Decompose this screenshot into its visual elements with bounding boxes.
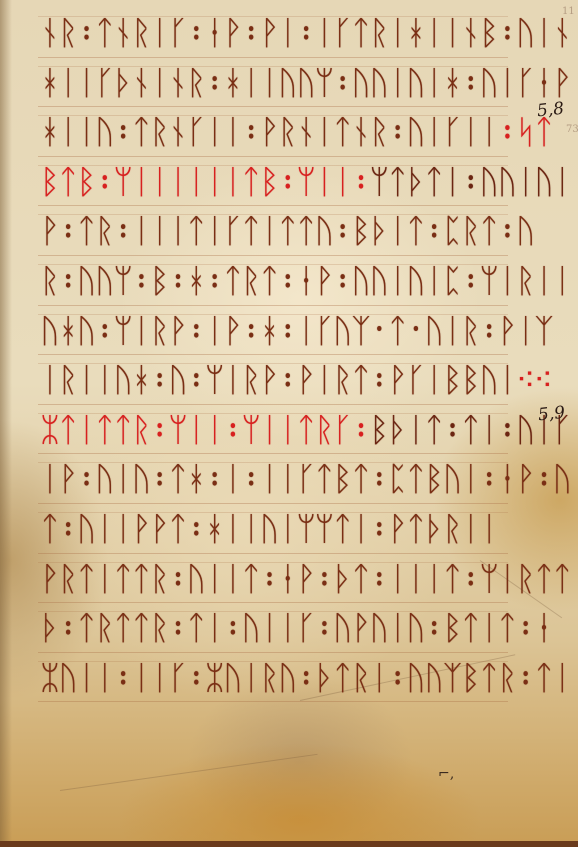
rune-text: ᛯᛏᛁᛏᛏᚱ᛬ᛘᛁᛁ᛬ᛘᛁᛁᛏᚱᚴ᛬ᛒᚦᛁᛏ᛬ᛏᛁ᛬ᚢᛁᚴ	[40, 412, 571, 448]
rune-text: ᚼᛁᛁᚢ᛬ᛏᚱᚾᚴᛁᛁ᛬ᚹᚱᚾᛁᛏᚾᚱ᛬ᚢᛁᚴᛁᛁ᛬ᛋᛏ	[40, 114, 552, 150]
manuscript-line-14: ᛯᚢᛁᛁ᛬ᛁᛁᚴ᛬ᛯᚢᛁᚱᚢ᛬ᚦᛏᚱᛁ᛬ᚢᚢᛉᛒᛏᚱ᛬ᛏᛁ	[38, 653, 508, 703]
manuscript-line-11: ᛏ᛬ᚢᛁᛁᚹᚹᛏ᛬ᚼᛁᛁᚢᛁᛘᛘᛏᛁ᛬ᚹᛏᚦᚱᛁᛁ	[38, 504, 508, 554]
rune-text: ᚢᚼᚢ᛬ᛘᛁᚱᚹ᛬ᛁᚹ᛬ᚼ᛬ᛁᚴᚢᛉ᛫ᛏ᛫ᚢᛁᚱ᛬ᚹᛁᛉ	[40, 313, 552, 349]
rune-text: ᚹ᛬ᛏᚱ᛬ᛁᛁᛁᛏᛁᚴᛏᛁᛏᛏᚢ᛬ᛒᚦᛁᛏ᛬ᛈᚱᛏ᛬ᚢ	[40, 213, 534, 249]
manuscript-line-3: ᚼᛁᛁᚢ᛬ᛏᚱᚾᚴᛁᛁ᛬ᚹᚱᚾᛁᛏᚾᚱ᛬ᚢᛁᚴᛁᛁ᛬ᛋᛏ	[38, 107, 508, 157]
rune-text: ᚱ᛬ᚢᚢᛘ᛬ᛒ᛬ᚼ᛬ᛏᚱᛏ᛬ᚽᚹ᛬ᚢᚢᛁᚢᛁᛈ᛬ᛘᛁᚱᛁᛁ	[40, 263, 571, 299]
parchment-crease	[60, 754, 318, 791]
faint-corner-note: 11	[562, 6, 575, 17]
manuscript-line-4: ᛒᛏᛒ᛬ᛘᛁᛁᛁᛁᛁᛁᛏᛒ᛬ᛘᛁᛁ᛬ᛘᛏᚦᛏᛁ᛬ᚢᚢᛁᚢᛁ	[38, 157, 508, 207]
rune-text: ᚹᚱᛏᛁᛏᛏᚱ᛬ᚢᛁᛁᛏ᛬ᚽᚹ᛬ᚦᛏ᛬ᛁᛁᛁᛏ᛬ᛘᛁᚱᛏᛏ	[40, 561, 571, 597]
faint-margin-note: 73	[566, 124, 578, 135]
folio-number-58: 5,8	[536, 99, 565, 122]
rubric-dots: ⁖⁖	[516, 360, 552, 399]
rune-text: ᛁᚹ᛬ᚢᛁᚢ᛬ᛏᚼ᛬ᛁ᛬ᛁᛁᚴᛏᛒᛏ᛬ᛈᛏᛒᚢᛁ᛬ᚽᚹ᛬ᚢᛁ	[40, 461, 578, 497]
rune-text: ᚦ᛬ᛏᚱᛏᛏᚱ᛬ᛏᛁ᛬ᚢᛁᛁᚴ᛬ᚢᚹᚢᛁᚢ᛬ᛒᛏᛁᛏ᛬ᚽ	[40, 610, 552, 646]
runic-text-block: ᚾᚱ᛬ᛏᚾᚱᛁᚴ᛬ᚽᚹ᛬ᚹᛁ᛬ᛁᚴᛏᚱᛁᚼᛁᛁᚾᛒ᛬ᚢᛁᚾᛁ ᚼᛁᛁᚴᚦᚾᛁᚾᚱ…	[38, 8, 508, 702]
rune-text: ᚼᛁᛁᚴᚦᚾᛁᚾᚱ᛬ᚼᛁᛁᚢᚢᛘ᛬ᚢᚢᛁᚢᛁᚼ᛬ᚢᛁᚴᚽᚹ	[40, 65, 571, 101]
rune-text: ᛏ᛬ᚢᛁᛁᚹᚹᛏ᛬ᚼᛁᛁᚢᛁᛘᛘᛏᛁ᛬ᚹᛏᚦᚱᛁᛁ	[40, 511, 498, 547]
manuscript-line-12: ᚹᚱᛏᛁᛏᛏᚱ᛬ᚢᛁᛁᛏ᛬ᚽᚹ᛬ᚦᛏ᛬ᛁᛁᛁᛏ᛬ᛘᛁᚱᛏᛏ	[38, 554, 508, 604]
manuscript-line-13: ᚦ᛬ᛏᚱᛏᛏᚱ᛬ᛏᛁ᛬ᚢᛁᛁᚴ᛬ᚢᚹᚢᛁᚢ᛬ᛒᛏᛁᛏ᛬ᚽ	[38, 603, 508, 653]
rune-text: ᛒᛏᛒ᛬ᛘᛁᛁᛁᛁᛁᛁᛏᛒ᛬ᛘᛁᛁ᛬ᛘᛏᚦᛏᛁ᛬ᚢᚢᛁᚢᛁ	[40, 164, 571, 200]
folio-number-59: 5,9	[537, 403, 566, 426]
manuscript-line-8: ᛁᚱᛁᛁᚢᚼ᛬ᚢ᛬ᛘᛁᚱᚹ᛬ᚹᛁᚱᛏ᛬ᚹᚴᛁᛒᛒᚢᛁ⁖⁖	[38, 355, 508, 405]
manuscript-line-5: ᚹ᛬ᛏᚱ᛬ᛁᛁᛁᛏᛁᚴᛏᛁᛏᛏᚢ᛬ᛒᚦᛁᛏ᛬ᛈᚱᛏ᛬ᚢ	[38, 206, 508, 256]
manuscript-line-9: ᛯᛏᛁᛏᛏᚱ᛬ᛘᛁᛁ᛬ᛘᛁᛁᛏᚱᚴ᛬ᛒᚦᛁᛏ᛬ᛏᛁ᛬ᚢᛁᚴ	[38, 405, 508, 455]
manuscript-line-10: ᛁᚹ᛬ᚢᛁᚢ᛬ᛏᚼ᛬ᛁ᛬ᛁᛁᚴᛏᛒᛏ᛬ᛈᛏᛒᚢᛁ᛬ᚽᚹ᛬ᚢᛁ	[38, 454, 508, 504]
page-left-edge	[0, 0, 12, 847]
rubric-text: ᛒᛏᛒ᛬ᛘᛁᛁᛁᛁᛁᛁᛏᛒ᛬ᛘᛁᛁ᛬	[40, 162, 369, 201]
page-bottom-edge	[0, 841, 578, 847]
manuscript-line-2: ᚼᛁᛁᚴᚦᚾᛁᚾᚱ᛬ᚼᛁᛁᚢᚢᛘ᛬ᚢᚢᛁᚢᛁᚼ᛬ᚢᛁᚴᚽᚹ	[38, 58, 508, 108]
manuscript-line-6: ᚱ᛬ᚢᚢᛘ᛬ᛒ᛬ᚼ᛬ᛏᚱᛏ᛬ᚽᚹ᛬ᚢᚢᛁᚢᛁᛈ᛬ᛘᛁᚱᛁᛁ	[38, 256, 508, 306]
bottom-ink-mark: ⌐‚	[438, 766, 454, 782]
rune-text: ᚾᚱ᛬ᛏᚾᚱᛁᚴ᛬ᚽᚹ᛬ᚹᛁ᛬ᛁᚴᛏᚱᛁᚼᛁᛁᚾᛒ᛬ᚢᛁᚾᛁ	[40, 15, 578, 51]
rubric-text: ᛯᛏᛁᛏᛏᚱ᛬ᛘᛁᛁ᛬ᛘᛁᛁᛏᚱᚴ᛬	[40, 410, 369, 449]
parchment-page: ᚾᚱ᛬ᛏᚾᚱᛁᚴ᛬ᚽᚹ᛬ᚹᛁ᛬ᛁᚴᛏᚱᛁᚼᛁᛁᚾᛒ᛬ᚢᛁᚾᛁ ᚼᛁᛁᚴᚦᚾᛁᚾᚱ…	[0, 0, 578, 847]
rune-text: ᛁᚱᛁᛁᚢᚼ᛬ᚢ᛬ᛘᛁᚱᚹ᛬ᚹᛁᚱᛏ᛬ᚹᚴᛁᛒᛒᚢᛁ⁖⁖	[40, 362, 551, 398]
manuscript-line-7: ᚢᚼᚢ᛬ᛘᛁᚱᚹ᛬ᛁᚹ᛬ᚼ᛬ᛁᚴᚢᛉ᛫ᛏ᛫ᚢᛁᚱ᛬ᚹᛁᛉ	[38, 306, 508, 356]
rune-text: ᛯᚢᛁᛁ᛬ᛁᛁᚴ᛬ᛯᚢᛁᚱᚢ᛬ᚦᛏᚱᛁ᛬ᚢᚢᛉᛒᛏᚱ᛬ᛏᛁ	[40, 660, 571, 696]
manuscript-line-1: ᚾᚱ᛬ᛏᚾᚱᛁᚴ᛬ᚽᚹ᛬ᚹᛁ᛬ᛁᚴᛏᚱᛁᚼᛁᛁᚾᛒ᛬ᚢᛁᚾᛁ	[38, 8, 508, 58]
